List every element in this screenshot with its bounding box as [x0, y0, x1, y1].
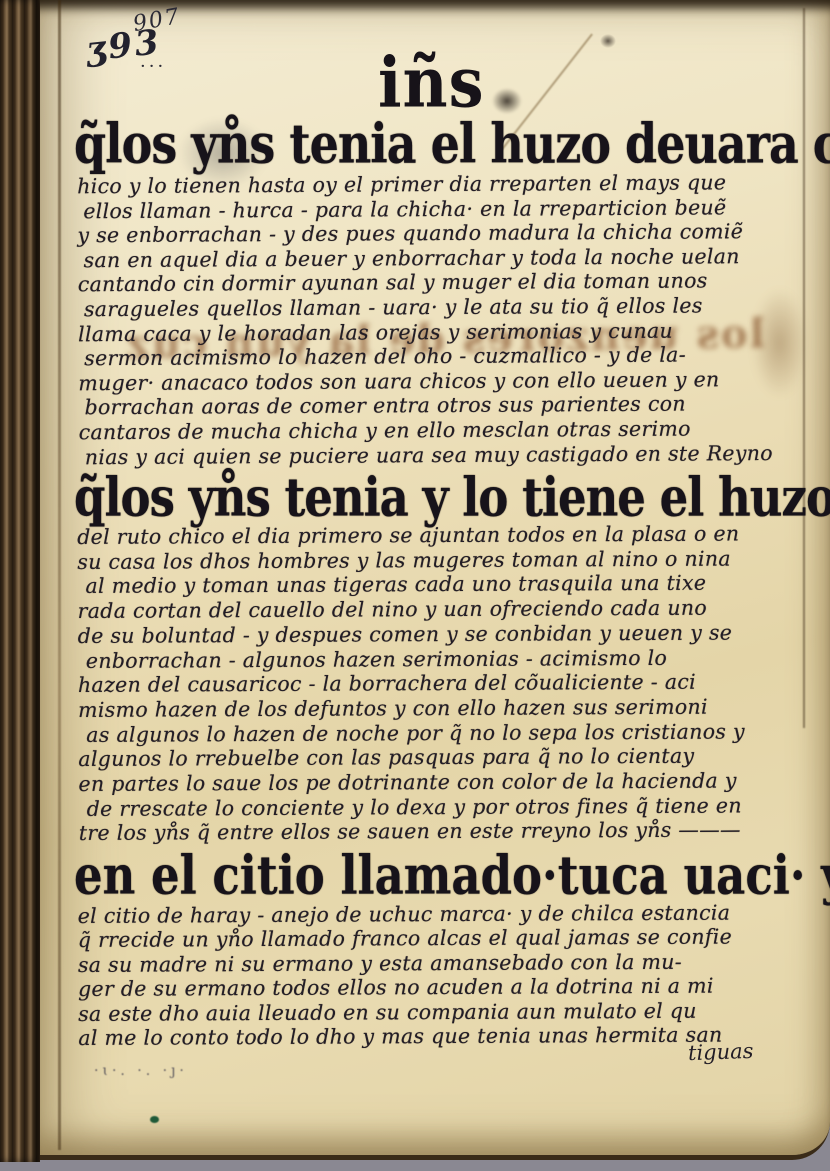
manuscript-line: al medio y toman unas tigeras cada uno t… — [85, 570, 819, 599]
manuscript-line: ger de su ermano todos ellos no acuden a… — [78, 973, 820, 1001]
paragraph-3: el citio de haray - anejo de uchuc marca… — [78, 900, 821, 1050]
section-heading-3: en el citio llamado·tuca uaci· y en — [74, 844, 824, 907]
manuscript-line: muger· anacaco todos son uara chicos y c… — [78, 366, 820, 395]
manuscript-line: su casa los dhos hombres y las mugeres t… — [77, 546, 819, 575]
section-heading-2: q̃los yn̊s tenia y lo tiene el huzo d — [74, 466, 824, 529]
manuscript-line: en partes lo saue los pe dotrinante con … — [78, 768, 820, 797]
manuscript-line: san en aquel dia a beuer y enborrachar y… — [84, 244, 820, 273]
book-binding-edge — [0, 0, 40, 1162]
manuscript-line: enborrachan - algunos hazen serimonias -… — [86, 645, 820, 674]
margin-marks: ·ɩ·. ·. ·ȷ· — [94, 1063, 188, 1079]
manuscript-line: nias y aci quien se puciere uara sea muy… — [85, 440, 821, 469]
folio-dots: ··· — [140, 56, 166, 77]
manuscript-line: de su boluntad - y despues comen y se co… — [78, 620, 820, 649]
manuscript-line: as algunos lo hazen de noche por q̃ no l… — [86, 719, 820, 748]
section-heading-1: q̃los yn̊s tenia el huzo deuara c — [74, 112, 824, 176]
paragraph-1: hico y lo tienen hasta oy el primer dia … — [77, 170, 821, 470]
gutter-crease — [58, 0, 61, 1150]
manuscript-line: tre los yn̊s q̃ entre ellos se sauen en … — [79, 817, 821, 846]
manuscript-line: q̃ rrecide un yn̊o llamado franco alcas … — [78, 924, 820, 952]
catchword: tiguas — [688, 1039, 754, 1065]
paragraph-2: del ruto chico el dia primero se ajuntan… — [77, 521, 821, 846]
manuscript-line: del ruto chico el dia primero se ajuntan… — [77, 521, 819, 550]
